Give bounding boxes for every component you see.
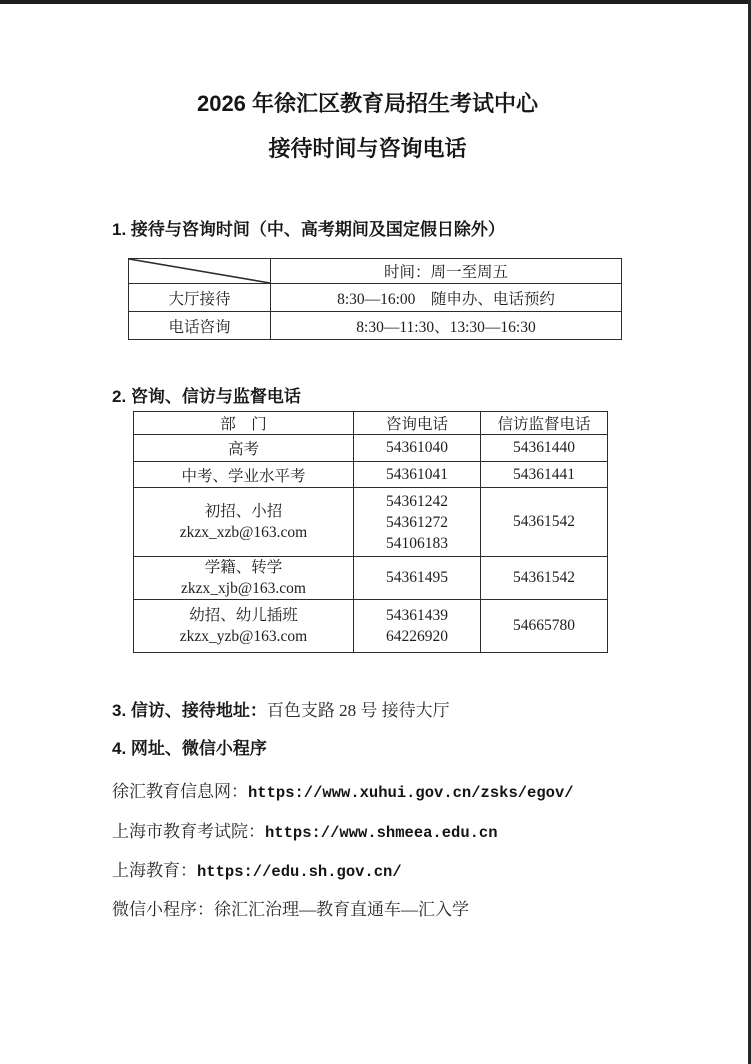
dept-name: 学籍、转学 <box>136 557 351 578</box>
section3-heading: 3. 信访、接待地址： <box>112 701 267 720</box>
phone-number: 64226920 <box>356 626 478 647</box>
link-line-xuhui: 徐汇教育信息网：https://www.xuhui.gov.cn/zsks/eg… <box>112 777 574 802</box>
row-value-cell: 8:30—11:30、13:30—16:30 <box>271 312 622 340</box>
link-line-shmeea: 上海市教育考试院：https://www.shmeea.edu.cn <box>112 817 498 842</box>
table-header-row: 部 门 咨询电话 信访监督电话 <box>134 412 608 435</box>
link-line-wechat-miniprogram: 微信小程序：徐汇汇治理—教育直通车—汇入学 <box>112 895 469 920</box>
link-line-shedu: 上海教育：https://edu.sh.gov.cn/ <box>112 856 402 881</box>
consult-cell: 54361041 <box>354 462 481 488</box>
dept-header-cell: 部 门 <box>134 412 354 435</box>
row-label-cell: 电话咨询 <box>129 312 271 340</box>
table-row: 初招、小招 zkzx_xzb@163.com 54361242 54361272… <box>134 488 608 557</box>
phone-number: 54361272 <box>356 512 478 533</box>
table-row: 电话咨询 8:30—11:30、13:30—16:30 <box>129 312 622 340</box>
supervision-header-cell: 信访监督电话 <box>481 412 608 435</box>
diagonal-corner-cell <box>129 259 271 284</box>
reception-hours-table: 时间：周一至周五 大厅接待 8:30—16:00 随申办、电话预约 电话咨询 8… <box>128 258 622 340</box>
section2-heading: 2. 咨询、信访与监督电话 <box>112 385 301 408</box>
consult-cell: 54361040 <box>354 435 481 462</box>
section4-heading: 4. 网址、微信小程序 <box>112 737 267 760</box>
dept-cell: 初招、小招 zkzx_xzb@163.com <box>134 488 354 557</box>
dept-email: zkzx_xjb@163.com <box>136 578 351 599</box>
supervision-cell: 54665780 <box>481 600 608 653</box>
table-row: 大厅接待 8:30—16:00 随申办、电话预约 <box>129 284 622 312</box>
document-title-line-1: 2026 年徐汇区教育局招生考试中心 <box>0 90 735 118</box>
phone-numbers-table: 部 门 咨询电话 信访监督电话 高考 54361040 54361440 中考、… <box>133 411 608 653</box>
phone-number: 54106183 <box>356 533 478 554</box>
phone-number: 54361439 <box>356 605 478 626</box>
section3-address-line: 3. 信访、接待地址：百色支路 28 号 接待大厅 <box>112 696 450 721</box>
scan-edge-top <box>0 0 751 4</box>
consult-cell: 54361439 64226920 <box>354 600 481 653</box>
diagonal-divider-line <box>129 259 270 283</box>
table-row: 学籍、转学 zkzx_xjb@163.com 54361495 54361542 <box>134 557 608 600</box>
table-header-row: 时间：周一至周五 <box>129 259 622 284</box>
dept-cell: 中考、学业水平考 <box>134 462 354 488</box>
link-url: https://www.shmeea.edu.cn <box>265 824 498 842</box>
dept-name: 初招、小招 <box>136 501 351 522</box>
table-row: 幼招、幼儿插班 zkzx_yzb@163.com 54361439 642269… <box>134 600 608 653</box>
dept-name: 幼招、幼儿插班 <box>136 605 351 626</box>
table-row: 高考 54361040 54361440 <box>134 435 608 462</box>
consult-cell: 54361495 <box>354 557 481 600</box>
dept-cell: 高考 <box>134 435 354 462</box>
supervision-cell: 54361441 <box>481 462 608 488</box>
dept-email: zkzx_yzb@163.com <box>136 626 351 647</box>
supervision-cell: 54361542 <box>481 488 608 557</box>
table-row: 中考、学业水平考 54361041 54361441 <box>134 462 608 488</box>
link-url: https://edu.sh.gov.cn/ <box>197 863 402 881</box>
dept-cell: 幼招、幼儿插班 zkzx_yzb@163.com <box>134 600 354 653</box>
link-label: 上海市教育考试院： <box>112 822 265 841</box>
row-value-cell: 8:30—16:00 随申办、电话预约 <box>271 284 622 312</box>
link-label: 上海教育： <box>112 861 197 880</box>
phone-number: 54361242 <box>356 491 478 512</box>
link-label: 微信小程序： <box>112 900 214 919</box>
link-label: 徐汇教育信息网： <box>112 782 248 801</box>
link-url: https://www.xuhui.gov.cn/zsks/egov/ <box>248 784 574 802</box>
dept-email: zkzx_xzb@163.com <box>136 522 351 543</box>
supervision-cell: 54361440 <box>481 435 608 462</box>
document-title-line-2: 接待时间与咨询电话 <box>0 135 735 163</box>
section3-address: 百色支路 28 号 接待大厅 <box>267 701 450 720</box>
time-header-cell: 时间：周一至周五 <box>271 259 622 284</box>
miniprogram-path: 徐汇汇治理—教育直通车—汇入学 <box>214 900 469 919</box>
consult-cell: 54361242 54361272 54106183 <box>354 488 481 557</box>
supervision-cell: 54361542 <box>481 557 608 600</box>
consult-header-cell: 咨询电话 <box>354 412 481 435</box>
row-label-cell: 大厅接待 <box>129 284 271 312</box>
section1-heading: 1. 接待与咨询时间（中、高考期间及国定假日除外） <box>112 218 505 241</box>
dept-cell: 学籍、转学 zkzx_xjb@163.com <box>134 557 354 600</box>
